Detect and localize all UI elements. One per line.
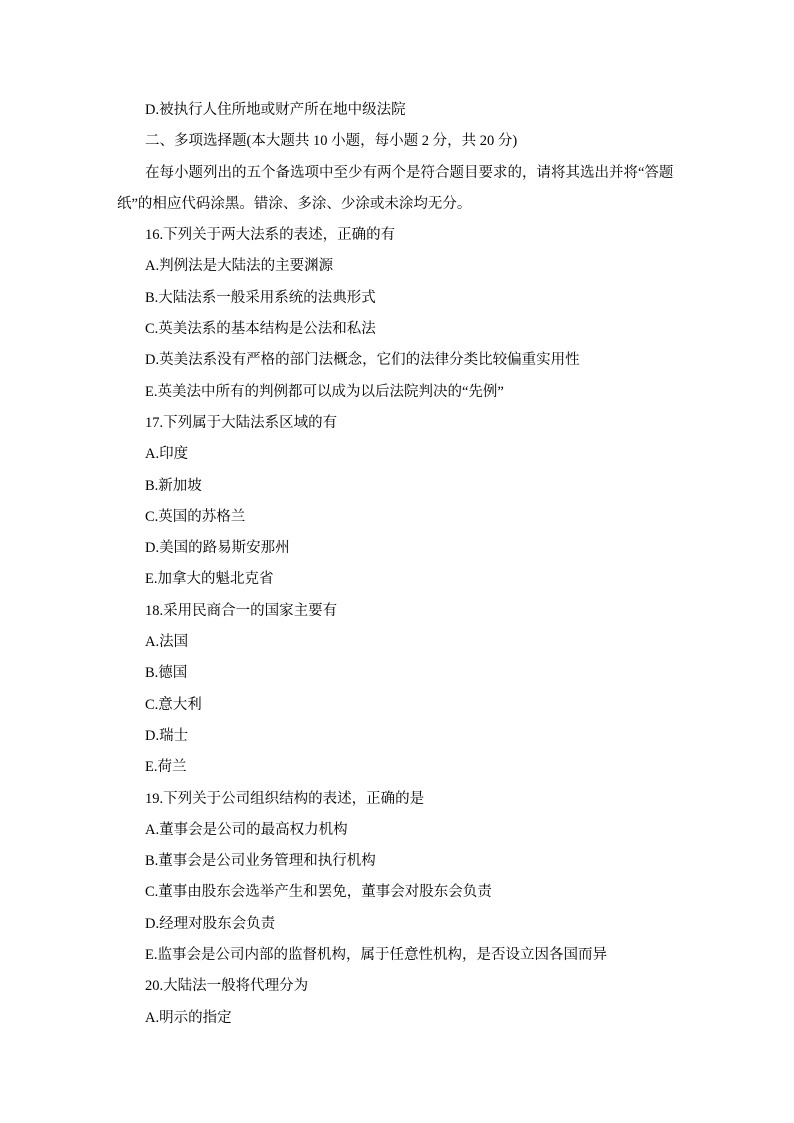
question-20-option-a: A.明示的指定 xyxy=(117,1003,737,1034)
question-19-option-a: A.董事会是公司的最高权力机构 xyxy=(117,815,737,846)
question-18-option-a: A.法国 xyxy=(117,627,737,658)
question-17-option-a: A.印度 xyxy=(117,439,737,470)
question-19-option-b: B.董事会是公司业务管理和执行机构 xyxy=(117,846,737,877)
question-15-option-d: D.被执行人住所地或财产所在地中级法院 xyxy=(117,95,737,126)
question-19-option-e: E.监事会是公司内部的监督机构，属于任意性机构，是否设立因各国而异 xyxy=(117,940,737,971)
question-18-option-c: C.意大利 xyxy=(117,690,737,721)
question-16-option-b: B.大陆法系一般采用系统的法典形式 xyxy=(117,283,737,314)
question-17-option-b: B.新加坡 xyxy=(117,471,737,502)
question-20-stem: 20.大陆法一般将代理分为 xyxy=(117,971,737,1002)
question-17-option-c: C.英国的苏格兰 xyxy=(117,502,737,533)
question-18-option-b: B.德国 xyxy=(117,658,737,689)
question-16-option-a: A.判例法是大陆法的主要渊源 xyxy=(117,251,737,282)
question-19-option-d: D.经理对股东会负责 xyxy=(117,909,737,940)
question-16-stem: 16.下列关于两大法系的表述，正确的有 xyxy=(117,220,737,251)
section-2-instructions-line-1: 在每小题列出的五个备选项中至少有两个是符合题目要求的，请将其选出并将“答题 xyxy=(117,158,737,189)
question-19-stem: 19.下列关于公司组织结构的表述，正确的是 xyxy=(117,784,737,815)
section-2-instructions-line-2: 纸”的相应代码涂黑。错涂、多涂、少涂或未涂均无分。 xyxy=(117,189,737,220)
question-18-stem: 18.采用民商合一的国家主要有 xyxy=(117,596,737,627)
question-18-option-d: D.瑞士 xyxy=(117,721,737,752)
document-page: D.被执行人住所地或财产所在地中级法院 二、多项选择题(本大题共 10 小题，每… xyxy=(0,0,794,1123)
question-18-option-e: E.荷兰 xyxy=(117,752,737,783)
exam-text-block: D.被执行人住所地或财产所在地中级法院 二、多项选择题(本大题共 10 小题，每… xyxy=(117,95,737,1034)
section-2-heading: 二、多项选择题(本大题共 10 小题，每小题 2 分，共 20 分) xyxy=(117,126,737,157)
question-16-option-d: D.英美法系没有严格的部门法概念，它们的法律分类比较偏重实用性 xyxy=(117,345,737,376)
question-17-option-e: E.加拿大的魁北克省 xyxy=(117,564,737,595)
question-17-option-d: D.美国的路易斯安那州 xyxy=(117,533,737,564)
question-19-option-c: C.董事由股东会选举产生和罢免，董事会对股东会负责 xyxy=(117,877,737,908)
question-16-option-e: E.英美法中所有的判例都可以成为以后法院判决的“先例” xyxy=(117,377,737,408)
question-16-option-c: C.英美法系的基本结构是公法和私法 xyxy=(117,314,737,345)
question-17-stem: 17.下列属于大陆法系区域的有 xyxy=(117,408,737,439)
